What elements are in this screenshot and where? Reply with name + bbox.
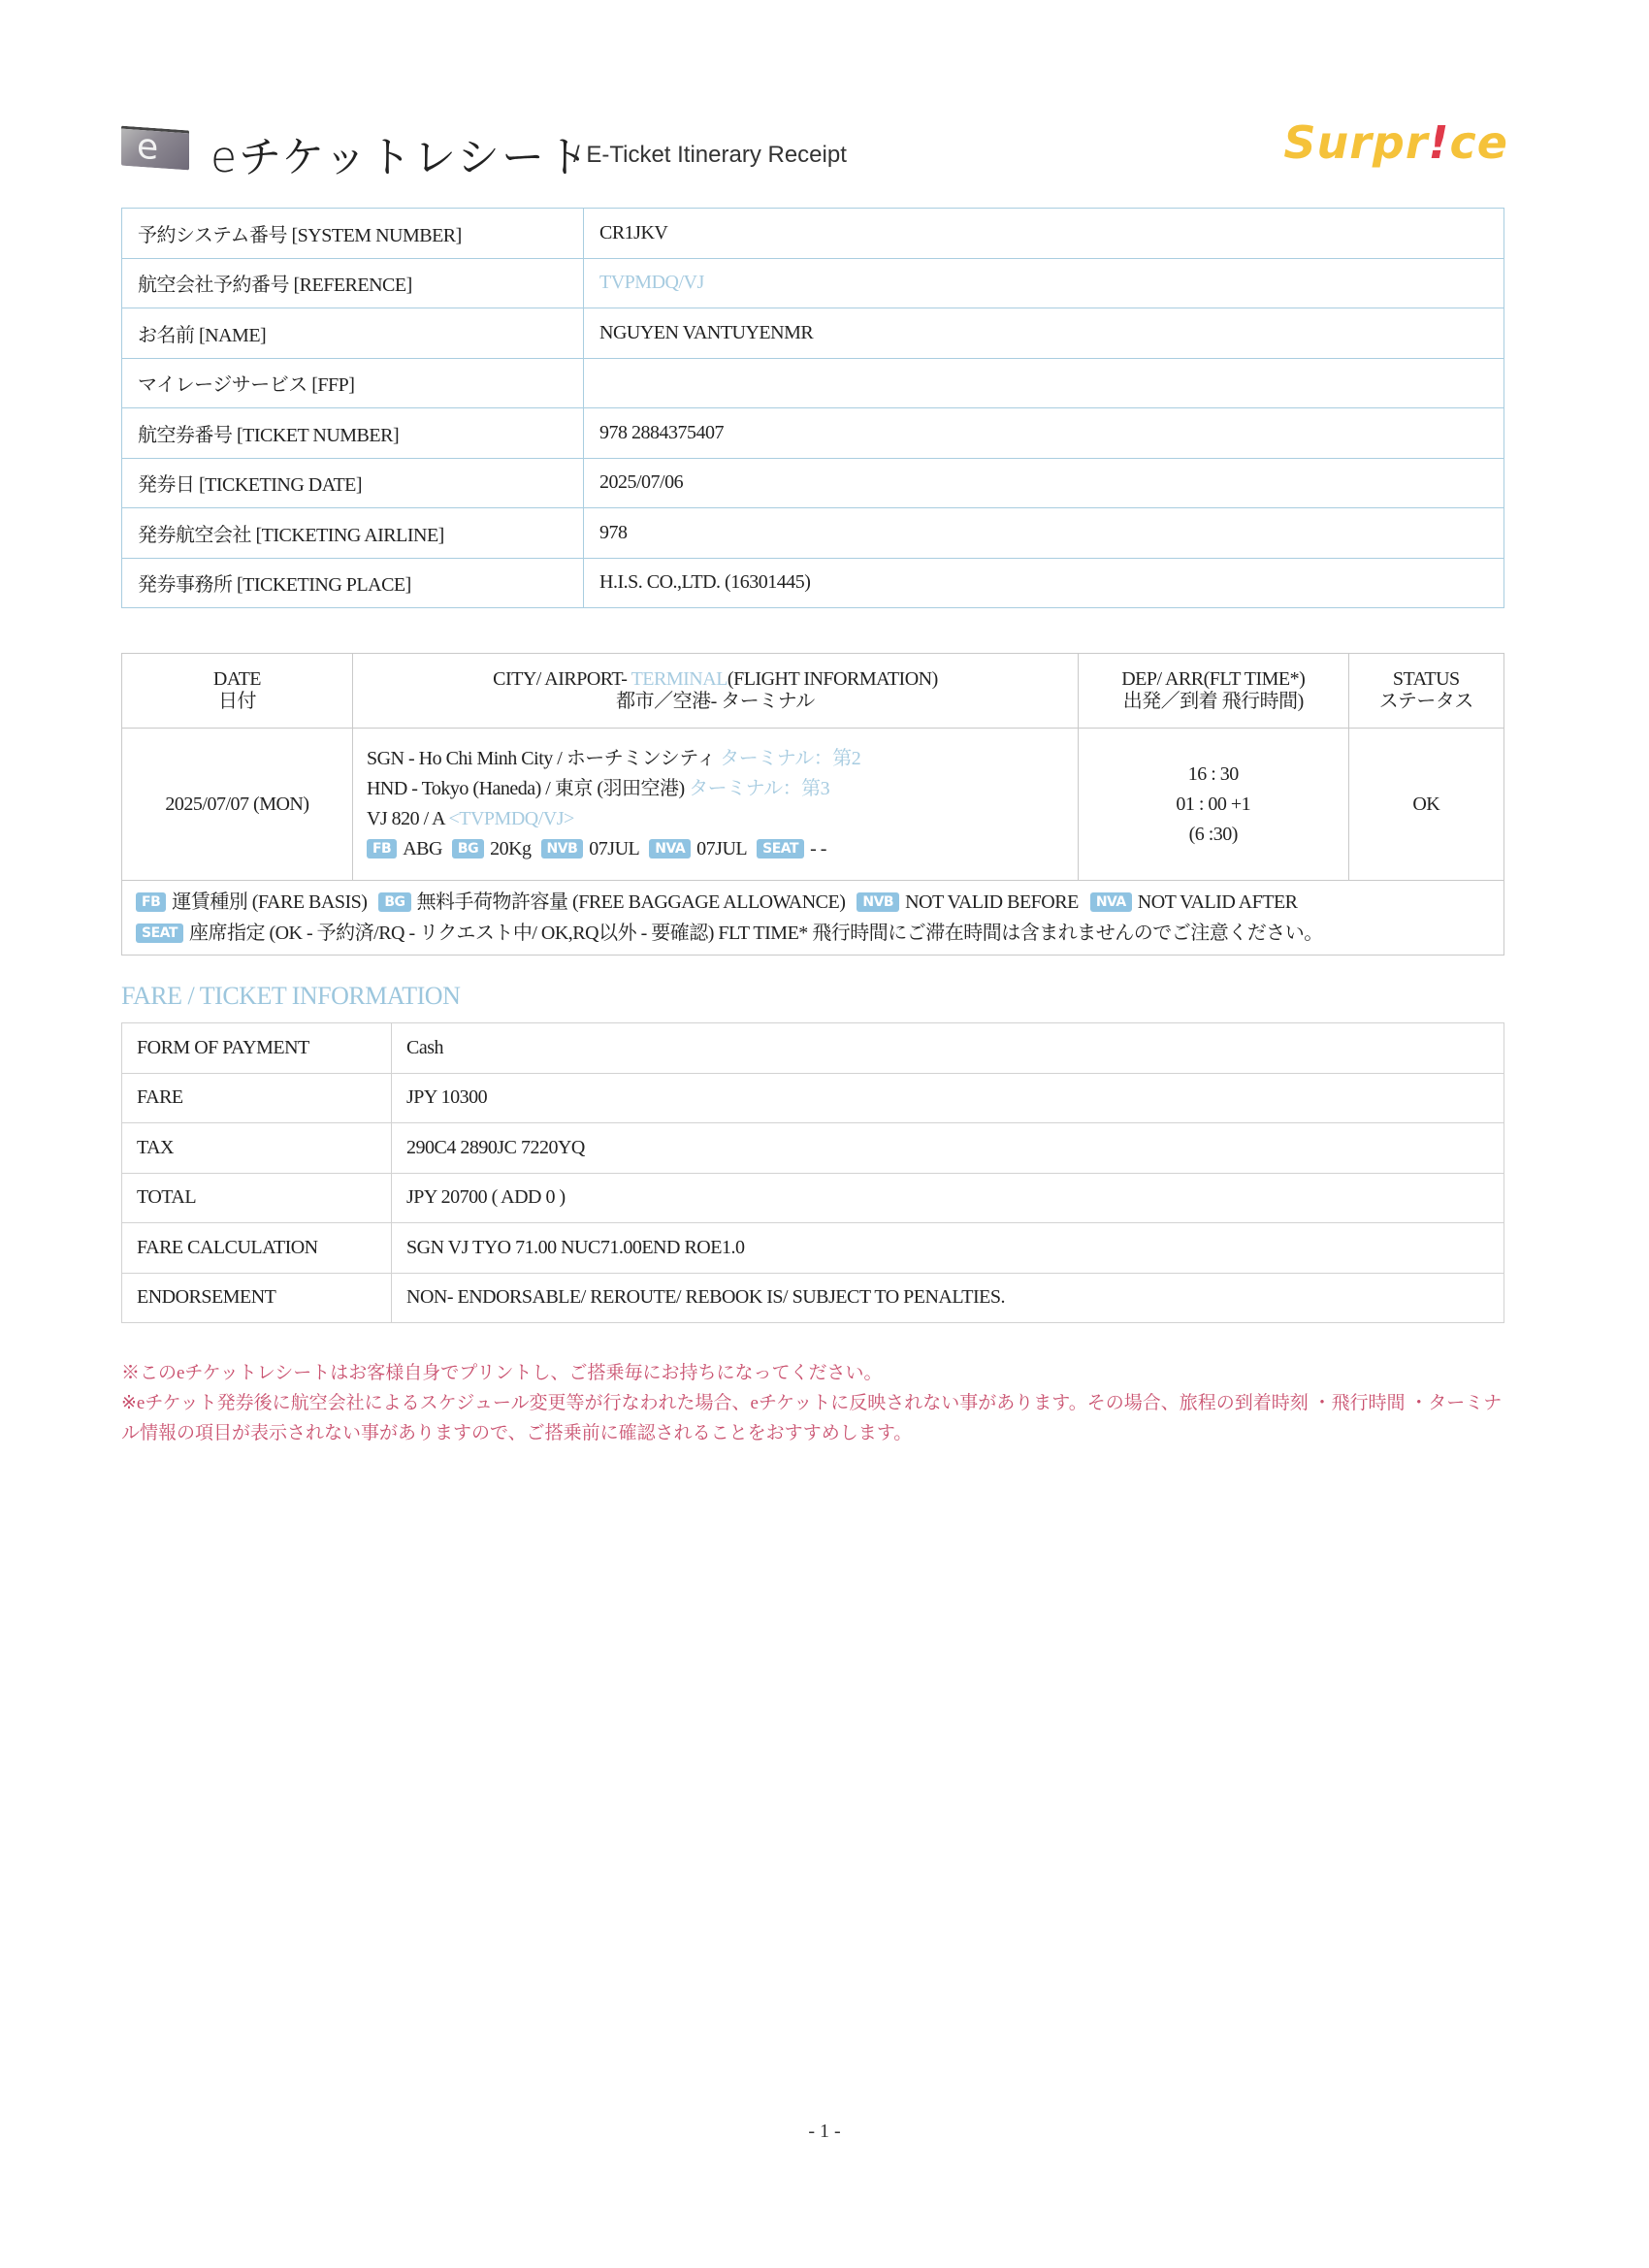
fare-info-table: FORM OF PAYMENTCashFAREJPY 10300TAX290C4…	[121, 1022, 1504, 1323]
booking-info-row: 航空会社予約番号 [REFERENCE]TVPMDQ/VJ	[122, 258, 1504, 308]
booking-info-table: 予約システム番号 [SYSTEM NUMBER]CR1JKV航空会社予約番号 […	[121, 208, 1504, 608]
badge-seat: SEAT	[757, 839, 804, 859]
info-label: 予約システム番号 [SYSTEM NUMBER]	[122, 209, 584, 259]
flight-segment-row: 2025/07/07 (MON) SGN - Ho Chi Minh City …	[122, 729, 1504, 881]
fare-value: Cash	[392, 1023, 1504, 1074]
flight-itinerary-table: DATE日付 CITY/ AIRPORT- TERMINAL(FLIGHT IN…	[121, 653, 1504, 956]
badge-bg: BG	[452, 839, 484, 859]
info-value: H.I.S. CO.,LTD. (16301445)	[584, 558, 1504, 608]
info-label: 発券日 [TICKETING DATE]	[122, 458, 584, 508]
booking-info-row: 予約システム番号 [SYSTEM NUMBER]CR1JKV	[122, 209, 1504, 259]
booking-info-row: マイレージサービス [FFP]	[122, 358, 1504, 408]
header: e eチケットレシート / E-Ticket Itinerary Receipt…	[121, 116, 1508, 194]
badge-value: - -	[810, 838, 826, 859]
fare-value: SGN VJ TYO 71.00 NUC71.00END ROE1.0	[392, 1223, 1504, 1274]
badge-legend-row: FB運賃種別 (FARE BASIS)BG無料手荷物許容量 (FREE BAGG…	[122, 881, 1504, 956]
header-city-airport: CITY/ AIRPORT- TERMINAL(FLIGHT INFORMATI…	[352, 654, 1078, 729]
legend-item: NVBNOT VALID BEFORE	[857, 891, 1078, 913]
fare-row: FARE CALCULATIONSGN VJ TYO 71.00 NUC71.0…	[122, 1223, 1504, 1274]
legend-line-1: FB運賃種別 (FARE BASIS)BG無料手荷物許容量 (FREE BAGG…	[136, 887, 1490, 918]
notes: ※このeチケットレシートはお客様自身でプリントし、ご搭乗毎にお持ちになってくださ…	[121, 1358, 1508, 1448]
segment-route: SGN - Ho Chi Minh City / ホーチミンシティ ターミナル：…	[352, 729, 1078, 881]
info-value	[584, 358, 1504, 408]
departure-time: 16 : 30	[1080, 760, 1347, 790]
info-value: CR1JKV	[584, 209, 1504, 259]
booking-info-row: 航空券番号 [TICKET NUMBER]978 2884375407	[122, 408, 1504, 459]
info-label: マイレージサービス [FFP]	[122, 358, 584, 408]
fare-label: FARE CALCULATION	[122, 1223, 392, 1274]
page-number: - 1 -	[0, 2121, 1649, 2143]
booking-info-row: 発券日 [TICKETING DATE]2025/07/06	[122, 458, 1504, 508]
segment-status: OK	[1348, 729, 1503, 881]
note-print: ※このeチケットレシートはお客様自身でプリントし、ご搭乗毎にお持ちになってくださ…	[121, 1358, 1508, 1388]
booking-info-row: 発券航空会社 [TICKETING AIRLINE]978	[122, 508, 1504, 559]
legend-badge-nvb: NVB	[857, 892, 899, 912]
info-value: NGUYEN VANTUYENMR	[584, 308, 1504, 359]
fare-label: ENDORSEMENT	[122, 1273, 392, 1323]
info-label: お名前 [NAME]	[122, 308, 584, 359]
legend-badge-fb: FB	[136, 892, 166, 912]
seat-badge: SEAT	[136, 923, 183, 943]
surprice-brand-logo: Surpr!ce	[1283, 116, 1508, 169]
header-dep-arr: DEP/ ARR(FLT TIME*)出発／到着 飛行時間)	[1078, 654, 1348, 729]
booking-info-row: 発券事務所 [TICKETING PLACE]H.I.S. CO.,LTD. (…	[122, 558, 1504, 608]
fare-row: FORM OF PAYMENTCash	[122, 1023, 1504, 1074]
badge-value: ABG	[403, 838, 442, 859]
badge-legend: FB運賃種別 (FARE BASIS)BG無料手荷物許容量 (FREE BAGG…	[122, 881, 1504, 956]
segment-date: 2025/07/07 (MON)	[122, 729, 353, 881]
badge-value: 07JUL	[696, 838, 747, 859]
segment-destination: HND - Tokyo (Haneda) / 東京 (羽田空港) ターミナル：第…	[367, 774, 1064, 804]
info-value: 978	[584, 508, 1504, 559]
booking-info-row: お名前 [NAME]NGUYEN VANTUYENMR	[122, 308, 1504, 359]
e-ticket-receipt-page: e eチケットレシート / E-Ticket Itinerary Receipt…	[0, 0, 1649, 2268]
legend-badge-nva: NVA	[1090, 892, 1132, 912]
header-status: STATUSステータス	[1348, 654, 1503, 729]
fare-label: FARE	[122, 1073, 392, 1123]
arrival-time: 01 : 00 +1	[1080, 790, 1347, 820]
badge-nva: NVA	[649, 839, 691, 859]
fare-value: NON- ENDORSABLE/ REROUTE/ REBOOK IS/ SUB…	[392, 1273, 1504, 1323]
fare-row: FAREJPY 10300	[122, 1073, 1504, 1123]
page-title-en: / E-Ticket Itinerary Receipt	[573, 142, 847, 169]
fare-label: FORM OF PAYMENT	[122, 1023, 392, 1074]
flight-duration: (6 :30)	[1080, 820, 1347, 850]
fare-value: 290C4 2890JC 7220YQ	[392, 1123, 1504, 1174]
badge-value: 07JUL	[589, 838, 639, 859]
info-label: 航空会社予約番号 [REFERENCE]	[122, 258, 584, 308]
fare-row: TAX290C4 2890JC 7220YQ	[122, 1123, 1504, 1174]
fare-label: TOTAL	[122, 1173, 392, 1223]
segment-times: 16 : 30 01 : 00 +1 (6 :30)	[1078, 729, 1348, 881]
badge-nvb: NVB	[541, 839, 584, 859]
info-value: 2025/07/06	[584, 458, 1504, 508]
fare-row: ENDORSEMENTNON- ENDORSABLE/ REROUTE/ REB…	[122, 1273, 1504, 1323]
fare-value: JPY 20700 ( ADD 0 )	[392, 1173, 1504, 1223]
note-schedule-change: ※eチケット発券後に航空会社によるスケジュール変更等が行なわれた場合、eチケット…	[121, 1388, 1508, 1448]
fare-label: TAX	[122, 1123, 392, 1174]
flight-table-header: DATE日付 CITY/ AIRPORT- TERMINAL(FLIGHT IN…	[122, 654, 1504, 729]
fare-section-title: FARE / TICKET INFORMATION	[121, 982, 460, 1011]
legend-item: FB運賃種別 (FARE BASIS)	[136, 891, 367, 913]
e-ticket-logo-icon: e	[121, 126, 189, 171]
info-label: 発券航空会社 [TICKETING AIRLINE]	[122, 508, 584, 559]
badge-fb: FB	[367, 839, 397, 859]
header-date: DATE日付	[122, 654, 353, 729]
legend-item: NVANOT VALID AFTER	[1090, 891, 1298, 913]
info-value: 978 2884375407	[584, 408, 1504, 459]
legend-line-2: SEAT座席指定 (OK - 予約済/RQ - リクエスト中/ OK,RQ以外 …	[136, 918, 1490, 949]
badge-value: 20Kg	[490, 838, 531, 859]
legend-item: BG無料手荷物許容量 (FREE BAGGAGE ALLOWANCE)	[378, 891, 845, 913]
legend-badge-bg: BG	[378, 892, 410, 912]
fare-row: TOTALJPY 20700 ( ADD 0 )	[122, 1173, 1504, 1223]
info-label: 発券事務所 [TICKETING PLACE]	[122, 558, 584, 608]
segment-badges: FBABGBG20KgNVB07JULNVA07JULSEAT- -	[367, 834, 1064, 864]
page-title-jp: eチケットレシート	[210, 122, 591, 184]
segment-flight-number: VJ 820 / A <TVPMDQ/VJ>	[367, 804, 1064, 834]
info-value: TVPMDQ/VJ	[584, 258, 1504, 308]
segment-origin: SGN - Ho Chi Minh City / ホーチミンシティ ターミナル：…	[367, 744, 1064, 774]
fare-value: JPY 10300	[392, 1073, 1504, 1123]
info-label: 航空券番号 [TICKET NUMBER]	[122, 408, 584, 459]
